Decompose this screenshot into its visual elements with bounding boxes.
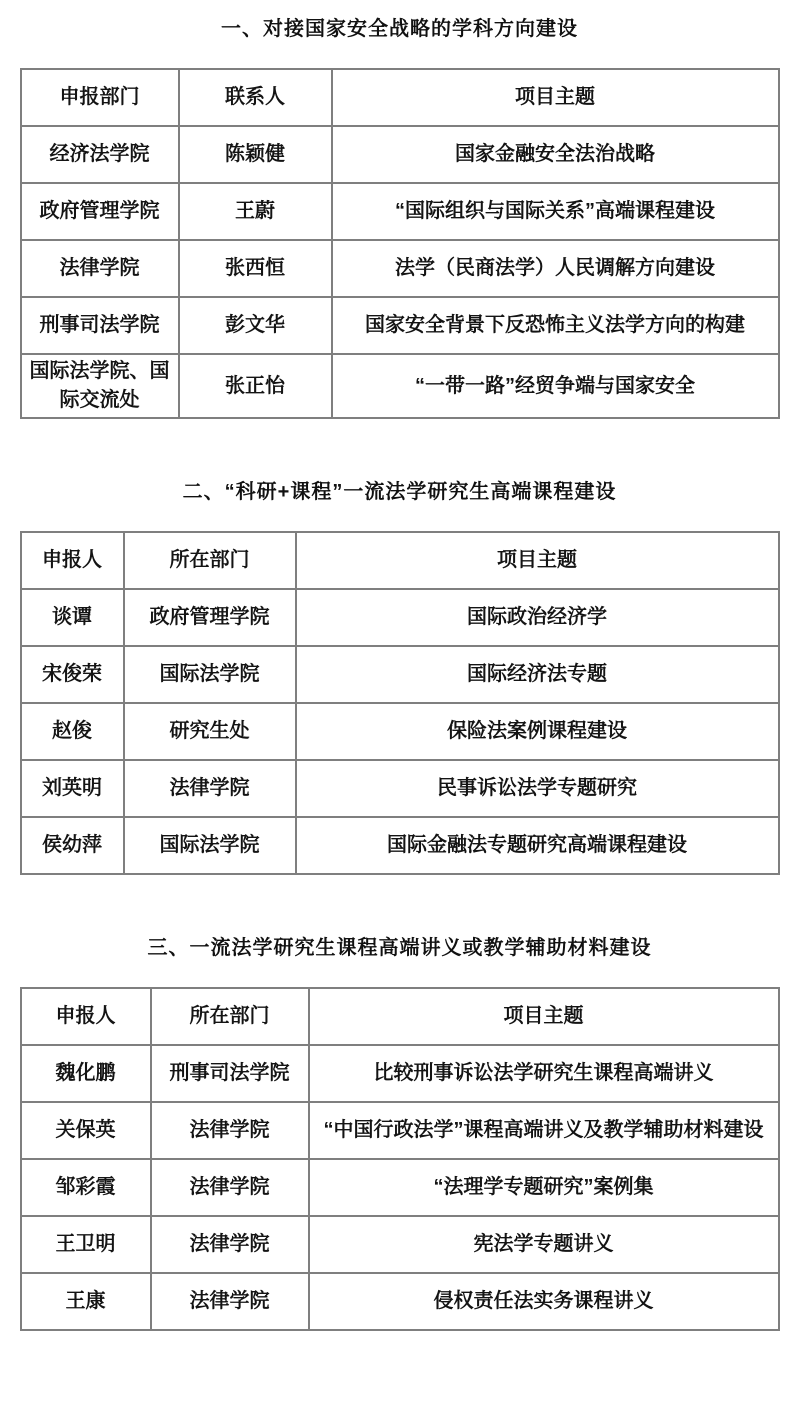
section-research-course: 二、“科研+课程”一流法学研究生高端课程建设 申报人所在部门项目主题 谈谭政府管… — [0, 471, 799, 875]
table-cell: “国际组织与国际关系”高端课程建设 — [332, 183, 779, 240]
column-header: 所在部门 — [124, 532, 296, 589]
document-page: 一、对接国家安全战略的学科方向建设 申报部门联系人项目主题 经济法学院陈颖健国家… — [0, 8, 799, 1331]
column-header: 项目主题 — [309, 988, 779, 1045]
table-cell: 刘英明 — [21, 760, 124, 817]
table-cell: 张正怡 — [179, 354, 332, 418]
table-row: 谈谭政府管理学院国际政治经济学 — [21, 589, 779, 646]
table-row: 侯幼萍国际法学院国际金融法专题研究高端课程建设 — [21, 817, 779, 874]
section-title: 二、“科研+课程”一流法学研究生高端课程建设 — [0, 471, 799, 504]
table-cell: 邹彩霞 — [21, 1159, 151, 1216]
table-cell: 国际政治经济学 — [296, 589, 779, 646]
table-cell: 民事诉讼法学专题研究 — [296, 760, 779, 817]
table-cell: 法律学院 — [151, 1159, 309, 1216]
table-cell: 法律学院 — [151, 1102, 309, 1159]
table-cell: 王康 — [21, 1273, 151, 1330]
table-cell: 王蔚 — [179, 183, 332, 240]
table-cell: “中国行政法学”课程高端讲义及教学辅助材料建设 — [309, 1102, 779, 1159]
table-cell: 刑事司法学院 — [151, 1045, 309, 1102]
table-row: 法律学院张西恒法学（民商法学）人民调解方向建设 — [21, 240, 779, 297]
table-cell: 宋俊荣 — [21, 646, 124, 703]
section-title: 一、对接国家安全战略的学科方向建设 — [0, 8, 799, 41]
table-row: 王康法律学院侵权责任法实务课程讲义 — [21, 1273, 779, 1330]
projects-table: 申报人所在部门项目主题 谈谭政府管理学院国际政治经济学宋俊荣国际法学院国际经济法… — [20, 531, 780, 875]
table-cell: 魏化鹏 — [21, 1045, 151, 1102]
table-cell: 政府管理学院 — [124, 589, 296, 646]
table-cell: 经济法学院 — [21, 126, 179, 183]
table-row: 政府管理学院王蔚“国际组织与国际关系”高端课程建设 — [21, 183, 779, 240]
table-cell: 国际经济法专题 — [296, 646, 779, 703]
table-cell: 法律学院 — [21, 240, 179, 297]
table-cell: 法律学院 — [124, 760, 296, 817]
section-discipline-direction: 一、对接国家安全战略的学科方向建设 申报部门联系人项目主题 经济法学院陈颖健国家… — [0, 8, 799, 419]
table-cell: 国家安全背景下反恐怖主义法学方向的构建 — [332, 297, 779, 354]
table-cell: 侯幼萍 — [21, 817, 124, 874]
table-cell: 刑事司法学院 — [21, 297, 179, 354]
table-cell: 保险法案例课程建设 — [296, 703, 779, 760]
table-cell: 张西恒 — [179, 240, 332, 297]
column-header: 联系人 — [179, 69, 332, 126]
table-row: 赵俊研究生处保险法案例课程建设 — [21, 703, 779, 760]
column-header: 项目主题 — [296, 532, 779, 589]
table-cell: 国际法学院 — [124, 646, 296, 703]
table-header-row: 申报人所在部门项目主题 — [21, 532, 779, 589]
table-cell: 政府管理学院 — [21, 183, 179, 240]
table-header-row: 申报人所在部门项目主题 — [21, 988, 779, 1045]
table-cell: 国家金融安全法治战略 — [332, 126, 779, 183]
section-title: 三、一流法学研究生课程高端讲义或教学辅助材料建设 — [0, 927, 799, 960]
table-cell: 法律学院 — [151, 1273, 309, 1330]
table-cell: 国际金融法专题研究高端课程建设 — [296, 817, 779, 874]
table-cell: 王卫明 — [21, 1216, 151, 1273]
table-cell: 比较刑事诉讼法学研究生课程高端讲义 — [309, 1045, 779, 1102]
column-header: 申报人 — [21, 988, 151, 1045]
projects-table: 申报部门联系人项目主题 经济法学院陈颖健国家金融安全法治战略政府管理学院王蔚“国… — [20, 68, 780, 419]
section-lecture-materials: 三、一流法学研究生课程高端讲义或教学辅助材料建设 申报人所在部门项目主题 魏化鹏… — [0, 927, 799, 1331]
table-row: 经济法学院陈颖健国家金融安全法治战略 — [21, 126, 779, 183]
table-cell: 赵俊 — [21, 703, 124, 760]
table-cell: 谈谭 — [21, 589, 124, 646]
table-cell: 国际法学院 — [124, 817, 296, 874]
table-cell: 法律学院 — [151, 1216, 309, 1273]
column-header: 申报部门 — [21, 69, 179, 126]
table-row: 王卫明法律学院宪法学专题讲义 — [21, 1216, 779, 1273]
projects-table: 申报人所在部门项目主题 魏化鹏刑事司法学院比较刑事诉讼法学研究生课程高端讲义关保… — [20, 987, 780, 1331]
table-cell: 彭文华 — [179, 297, 332, 354]
table-cell: 国际法学院、国际交流处 — [21, 354, 179, 418]
table-cell: 侵权责任法实务课程讲义 — [309, 1273, 779, 1330]
table-cell: 宪法学专题讲义 — [309, 1216, 779, 1273]
column-header: 项目主题 — [332, 69, 779, 126]
table-cell: “法理学专题研究”案例集 — [309, 1159, 779, 1216]
table-row: 邹彩霞法律学院“法理学专题研究”案例集 — [21, 1159, 779, 1216]
table-row: 魏化鹏刑事司法学院比较刑事诉讼法学研究生课程高端讲义 — [21, 1045, 779, 1102]
table-row: 刑事司法学院彭文华国家安全背景下反恐怖主义法学方向的构建 — [21, 297, 779, 354]
column-header: 申报人 — [21, 532, 124, 589]
table-row: 国际法学院、国际交流处张正怡“一带一路”经贸争端与国家安全 — [21, 354, 779, 418]
table-cell: “一带一路”经贸争端与国家安全 — [332, 354, 779, 418]
table-row: 宋俊荣国际法学院国际经济法专题 — [21, 646, 779, 703]
table-cell: 研究生处 — [124, 703, 296, 760]
table-row: 关保英法律学院“中国行政法学”课程高端讲义及教学辅助材料建设 — [21, 1102, 779, 1159]
table-cell: 法学（民商法学）人民调解方向建设 — [332, 240, 779, 297]
table-cell: 关保英 — [21, 1102, 151, 1159]
column-header: 所在部门 — [151, 988, 309, 1045]
table-cell: 陈颖健 — [179, 126, 332, 183]
table-row: 刘英明法律学院民事诉讼法学专题研究 — [21, 760, 779, 817]
table-header-row: 申报部门联系人项目主题 — [21, 69, 779, 126]
